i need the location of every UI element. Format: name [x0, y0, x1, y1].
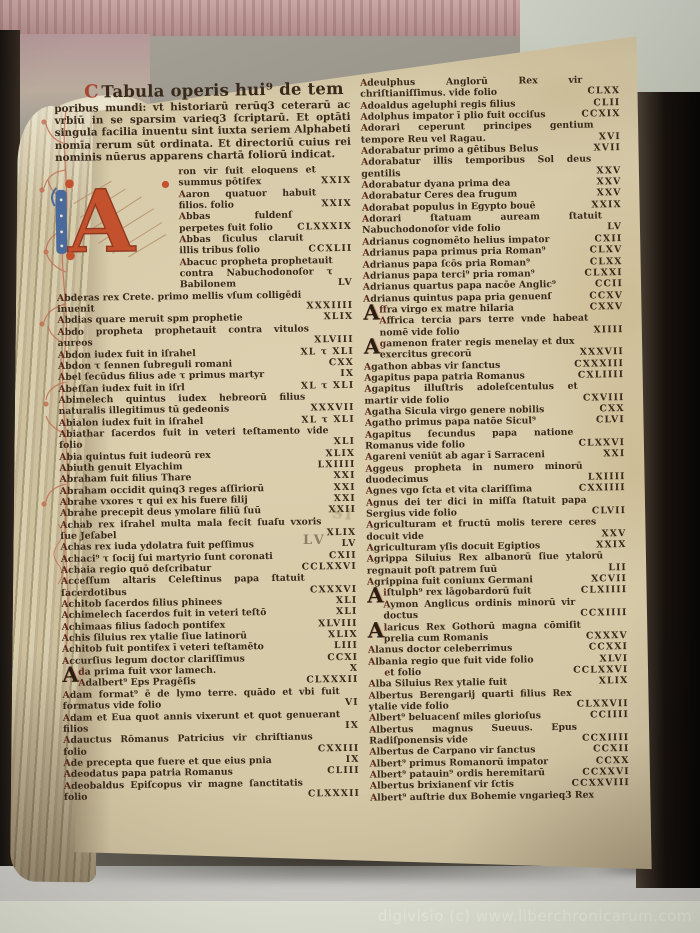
paragraph-mark: C [84, 81, 102, 102]
entry-folio: CCXI [327, 652, 358, 664]
entry-folio: CCXX [596, 755, 630, 767]
index-entry: Agamenon frater regis menelay et dux exe… [364, 335, 624, 361]
entry-folio: CXX [329, 357, 354, 369]
entry-folio: XLI [336, 595, 358, 607]
entry-text: Albertus magnus Sueuus. Epus Radiſponens… [369, 721, 577, 747]
entry-folio: CCXXI [589, 641, 628, 653]
entry-folio: CCXIIII [580, 607, 627, 619]
entry-text: Abbas fuldenſ perpetes fuit folio [179, 210, 292, 234]
lombard-initial: A [367, 585, 384, 606]
entry-folio: CLXX [587, 85, 620, 97]
entry-folio: CLVI [596, 414, 625, 426]
entry-folio: XLIX [327, 527, 357, 539]
lombard-initial: A [363, 301, 380, 322]
entry-text: Agrippa Siluius Rex albanorū ſiue ytalor… [367, 551, 604, 577]
entry-text: Abderas rex Crete. primo mellis vſum col… [57, 289, 302, 315]
index-entry: Adeobaldus Epiſcopus vir magne ſanctitat… [64, 776, 360, 803]
entry-text: Agriculturam et fructū molis terere cere… [366, 517, 596, 543]
show-through-text: LV [303, 533, 327, 548]
entry-folio: CXII [594, 233, 622, 245]
entry-folio: XXXVII [580, 346, 624, 358]
entry-text: Abbas ſiculus claruit illis tribus folio [179, 233, 303, 257]
entry-folio: CLII [593, 97, 620, 109]
entry-folio: CLXV [590, 244, 623, 256]
entry-folio: XXI [603, 448, 625, 460]
heading-body-text: poribus mundi: vt historiarū rerūq3 cete… [54, 99, 351, 164]
entry-folio: LXIIII [588, 471, 626, 483]
initial-letter-glyph: A [66, 171, 136, 273]
index-entry: Abbas ſiculus claruit illis tribus folio… [179, 232, 352, 257]
entry-folio: CCXIX [581, 108, 620, 120]
entry-folio: CLXXXIX [297, 221, 352, 233]
entry-folio: CCXXVI [582, 766, 630, 778]
entry-folio: LV [607, 222, 622, 234]
entry-folio: XLIX [324, 311, 354, 323]
entry-folio: CLVII [592, 505, 626, 517]
entry-folio: CCXLII [308, 243, 352, 255]
entry-text: Agapitus ſecundus papa natione Romanus v… [365, 426, 574, 452]
entry-folio: XXIX [321, 198, 352, 210]
entry-text: Adeulphus Anglorū Rex vir chriſtianiſſim… [360, 75, 583, 101]
entry-folio: XXV [596, 176, 621, 188]
index-entry: ron vir fuit eloquens et summus pōtifexX… [178, 164, 351, 189]
entry-folio: CXVIII [583, 392, 625, 404]
entry-folio: CXXIIII [579, 482, 626, 494]
entry-folio: CLXXVII [577, 698, 629, 710]
entry-folio: CCLXXVI [302, 561, 357, 573]
entry-folio: CLXXXII [308, 788, 360, 800]
entry-folio: XLIX [325, 447, 355, 459]
watermark-strip: digivisio (c) www.liberchronicarum.com [0, 901, 700, 933]
entry-text: Aggeus propheta in numero minorū duodeci… [365, 460, 583, 486]
photo-scene: CTabula operis hui⁹ de tem poribus mundi… [0, 0, 700, 933]
entry-folio: XXXVII [310, 402, 354, 414]
entry-folio: XLVIII [314, 334, 354, 346]
entry-folio: XCVII [591, 573, 627, 585]
heading-large-text: Tabula operis hui⁹ de tem [101, 79, 344, 101]
entry-folio: XLI [336, 606, 358, 618]
entry-text: laricus Rex Gothorū magna cōmiſit prelia… [384, 619, 582, 644]
entry-folio: XVI [599, 131, 621, 143]
entry-folio: XXXIIII [306, 300, 353, 312]
index-entry: Affrica tercia pars terre vnde habeat no… [379, 312, 623, 338]
entry-folio: XLVI [599, 653, 628, 665]
entry-folio: XXV [597, 188, 622, 200]
index-entry: Adam et Eua quot annis vixerunt et quot … [63, 708, 359, 735]
entry-folio: CLXIIII [581, 585, 627, 597]
entry-folio: CXXV [590, 301, 624, 313]
entry-folio: XLI [334, 436, 356, 448]
entry-folio: XXV [596, 165, 621, 177]
entry-folio: IX [345, 720, 359, 732]
entry-text: Adorari ſtatuam auream ſtatuit Nabuchodo… [362, 210, 602, 236]
illuminated-initial-A: A [53, 172, 172, 260]
entry-text: Adeobaldus Epiſcopus vir magne ſanctitat… [64, 777, 303, 803]
entry-folio: XL τ XLI [301, 379, 355, 391]
entry-folio: X [350, 663, 358, 674]
entry-folio: CCXII [593, 743, 629, 755]
lombard-initial: A [368, 619, 385, 640]
entry-folio: XXIX [321, 175, 352, 187]
entry-text: Agnus dei ter dici in miſſa ſtatuit papa… [366, 494, 587, 520]
index-column-right: Adeulphus Anglorū Rex vir chriſtianiſſim… [360, 74, 630, 804]
entry-folio: CLXXXII [306, 674, 358, 686]
entry-text: Abacuc propheta prophetauit contra Nabuc… [179, 255, 333, 291]
entry-folio: XXI [334, 481, 356, 493]
entry-folio: XXV [601, 528, 626, 540]
entry-folio: LV [338, 277, 353, 289]
entry-folio: XXIX [591, 199, 622, 211]
entry-folio: CXLIIII [578, 369, 624, 381]
entry-folio: LXIIII [318, 459, 356, 471]
entry-folio: IX [340, 368, 354, 380]
entry-folio: CCXIIII [582, 732, 629, 744]
show-through-text: SI [331, 504, 355, 524]
entry-folio: CLIII [327, 765, 360, 777]
entry-text: Adorari ceperunt principes gentium tempo… [361, 120, 594, 146]
entry-folio: XLVIII [318, 618, 358, 630]
entry-folio: LII [608, 562, 627, 574]
index-column-left: CTabula operis hui⁹ de tem poribus mundi… [54, 78, 360, 808]
index-entry: Abacuc propheta prophetauit contra Nabuc… [179, 255, 352, 291]
entry-folio: CCIIII [590, 709, 629, 721]
entry-folio: XL τ XLI [301, 413, 355, 425]
entry-text: Affrica tercia pars terre vnde habeat no… [379, 313, 588, 339]
tabula-heading: CTabula operis hui⁹ de tem poribus mundi… [54, 78, 351, 164]
entry-folio: CCLXXVI [573, 664, 628, 676]
entry-folio: XLIX [328, 629, 358, 641]
entry-text: Albertus Berengarij quarti filius Rex yt… [369, 687, 572, 713]
entry-folio: LV [342, 538, 357, 550]
entry-text: Adorabatur illis temporibus Sol deus gen… [361, 154, 591, 180]
index-entry: Aaron quatuor habuit filios. folioXXIX [179, 187, 352, 212]
entry-folio: XXI [334, 493, 356, 505]
index-entry: Aymon Anglicus ordinis minorū vir doctus… [383, 596, 627, 622]
lombard-initial: A [364, 335, 381, 356]
entry-text: Agapitus illuſtris adoleſcentulus et mar… [364, 381, 578, 407]
entry-text: Aaron quatuor habuit filios. folio [179, 187, 317, 212]
entry-folio: LIII [334, 640, 358, 652]
printed-text: CTabula operis hui⁹ de tem poribus mundi… [54, 74, 630, 808]
entry-folio: CCXXVIII [571, 777, 629, 789]
entry-folio: CXXXVI [310, 584, 357, 596]
entry-folio: VI [345, 697, 359, 709]
entry-folio: CXXXV [586, 630, 628, 642]
entry-folio: XIIII [593, 324, 623, 336]
entry-folio: XVII [593, 142, 621, 154]
entry-folio: CCXV [589, 290, 623, 302]
entry-folio: IX [346, 754, 360, 766]
entry-folio: CXXIII [318, 742, 360, 754]
index-columns: CTabula operis hui⁹ de tem poribus mundi… [54, 74, 630, 808]
entry-text: gamenon frater regis menelay et dux exer… [380, 336, 575, 361]
entry-folio: CXX [599, 403, 624, 415]
entry-text: Aymon Anglicus ordinis minorū vir doctus [383, 597, 575, 622]
entry-text: ron vir fuit eloquens et summus pōtifex [178, 164, 316, 189]
index-entry: Agrippa Siluius Rex albanorū ſiue ytalor… [367, 550, 627, 576]
entry-folio: CLXX [590, 256, 623, 268]
lombard-initial: A [62, 664, 79, 685]
entry-folio: CLXXVI [578, 437, 625, 449]
entry-folio: CLXXI [584, 267, 622, 279]
entry-folio: CXXXIII [574, 358, 624, 370]
entry-folio: CCII [595, 278, 623, 290]
entry-text: Acceſſum altaris Celeſtinus papa ſtatuit… [61, 573, 305, 599]
index-entry: Alaricus Rex Gothorū magna cōmiſit preli… [368, 619, 628, 645]
entry-folio: CXII [329, 550, 357, 562]
entry-folio: XL τ XLI [300, 345, 354, 357]
entry-folio: XLIX [599, 675, 629, 687]
watermark-text: digivisio (c) www.liberchronicarum.com [378, 907, 692, 925]
index-entry: Albertus magnus Sueuus. Epus Radiſponens… [369, 721, 629, 747]
index-entry: Abbas fuldenſ perpetes fuit folioCLXXXIX [179, 209, 352, 234]
entry-folio: XXI [333, 470, 355, 482]
entry-folio: XXIX [596, 539, 627, 551]
